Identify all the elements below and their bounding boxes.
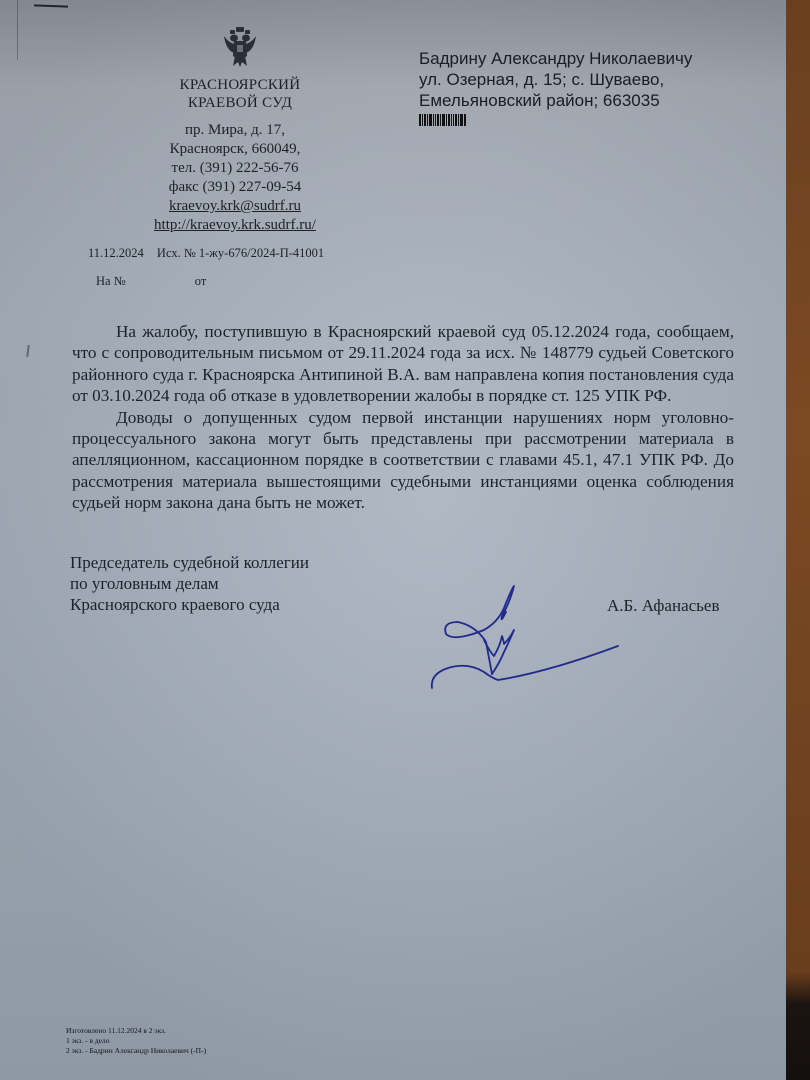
outgoing-reference: 11.12.2024 Исх. № 1-жу-676/2024-П-41001 xyxy=(88,246,324,261)
phone-number: тел. (391) 222-56-76 xyxy=(110,159,360,178)
ot-label: от xyxy=(195,274,207,288)
city-postcode: Красноярск, 660049, xyxy=(110,140,360,159)
body-paragraph-2: Доводы о допущенных судом первой инстанц… xyxy=(72,407,734,514)
outgoing-number: Исх. № 1-жу-676/2024-П-41001 xyxy=(157,246,324,260)
russian-coat-of-arms-icon xyxy=(222,26,258,68)
signatory-title: Председатель судебной коллегии по уголов… xyxy=(70,552,309,615)
barcode-icon xyxy=(419,114,692,126)
signer-name: А.Б. Афанасьев xyxy=(607,596,720,616)
street-address: пр. Мира, д. 17, xyxy=(110,121,360,140)
body-paragraph-1: На жалобу, поступившую в Красноярский кр… xyxy=(72,321,734,407)
court-name-line1: КРАСНОЯРСКИЙ xyxy=(130,76,350,94)
recipient-address-line1: ул. Озерная, д. 15; с. Шуваево, xyxy=(419,69,692,90)
court-name-line2: КРАЕВОЙ СУД xyxy=(130,94,350,112)
wooden-table-edge xyxy=(786,0,810,1080)
email-link[interactable]: kraevoy.krk@sudrf.ru xyxy=(110,197,360,216)
copies-note-line2: 1 экз. - в дело xyxy=(66,1036,206,1046)
website-link[interactable]: http://kraevoy.krk.sudrf.ru/ xyxy=(110,216,360,235)
recipient-block: Бадрину Александру Николаевичу ул. Озерн… xyxy=(419,48,692,126)
recipient-name: Бадрину Александру Николаевичу xyxy=(419,48,692,69)
court-address: пр. Мира, д. 17, Красноярск, 660049, тел… xyxy=(110,121,360,235)
letter-paper: КРАСНОЯРСКИЙ КРАЕВОЙ СУД пр. Мира, д. 17… xyxy=(0,0,788,1080)
copies-note-line3: 2 экз. - Бадрин Александр Николаевич (-П… xyxy=(66,1046,206,1056)
outgoing-date: 11.12.2024 xyxy=(88,246,144,260)
signatory-title-line3: Красноярского краевого суда xyxy=(70,594,309,615)
incoming-reference: На № от xyxy=(96,274,206,289)
copies-note: Изготовлено 11.12.2024 в 2 экз. 1 экз. -… xyxy=(66,1026,206,1056)
fax-number: факс (391) 227-09-54 xyxy=(110,178,360,197)
pen-tick-mark xyxy=(26,345,30,357)
paper-fold-line xyxy=(17,0,18,60)
pen-mark xyxy=(34,4,68,7)
signatory-title-line1: Председатель судебной коллегии xyxy=(70,552,309,573)
recipient-address-line2: Емельяновский район; 663035 xyxy=(419,90,692,111)
na-no-label: На № xyxy=(96,274,126,288)
court-letterhead: КРАСНОЯРСКИЙ КРАЕВОЙ СУД xyxy=(130,26,350,112)
letter-body: На жалобу, поступившую в Красноярский кр… xyxy=(72,321,734,514)
signatory-title-line2: по уголовным делам xyxy=(70,573,309,594)
copies-note-line1: Изготовлено 11.12.2024 в 2 экз. xyxy=(66,1026,206,1036)
